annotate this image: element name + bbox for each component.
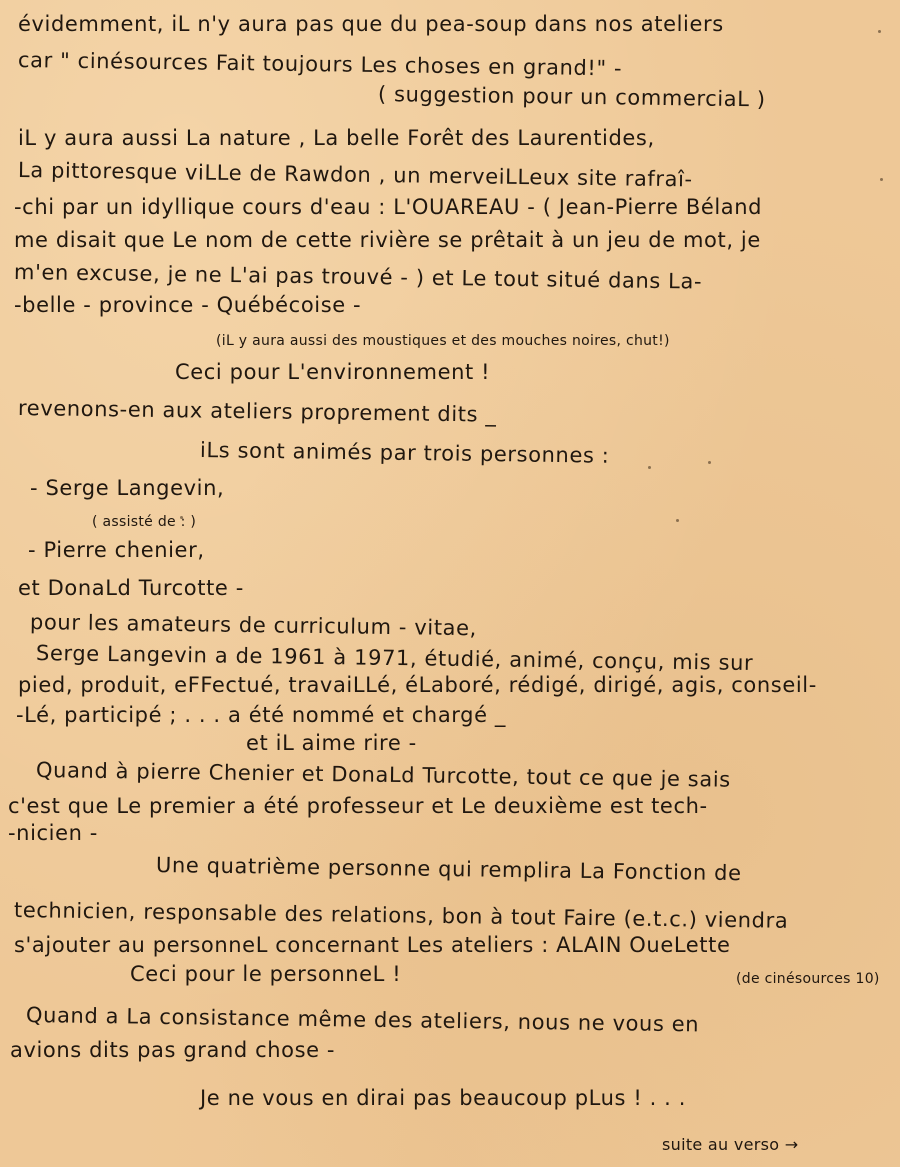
text-line-heading: Ceci pour le personneL ! — [130, 964, 401, 985]
text-line: avions dits pas grand chose - — [10, 1040, 335, 1061]
text-line-heading: iLs sont animés par trois personnes : — [200, 440, 610, 467]
paper-speck — [880, 178, 883, 181]
text-line: Une quatrième personne qui remplira La F… — [156, 855, 742, 884]
text-line: et iL aime rire - — [246, 733, 417, 754]
paper-speck — [708, 461, 711, 464]
text-line-closing: Je ne vous en dirai pas beaucoup pLus ! … — [200, 1088, 686, 1109]
paper-speck — [648, 466, 651, 469]
text-line: me disait que Le nom de cette rivière se… — [14, 230, 761, 251]
text-line: revenons-en aux ateliers proprement dits… — [18, 398, 497, 426]
text-line-heading: Ceci pour L'environnement ! — [175, 362, 490, 383]
paper-speck — [180, 516, 183, 519]
text-line-aside: ( suggestion pour un commerciaL ) — [378, 84, 766, 110]
text-line: m'en excuse, je ne L'ai pas trouvé - ) e… — [14, 262, 702, 293]
continue-on-back-note: suite au verso → — [662, 1137, 798, 1153]
text-line-aside: (iL y aura aussi des moustiques et des m… — [216, 334, 670, 348]
text-line: car " cinésources Fait toujours Les chos… — [18, 50, 622, 79]
text-line: -Lé, participé ; . . . a été nommé et ch… — [16, 705, 506, 726]
paper-speck — [878, 30, 881, 33]
text-line: Serge Langevin a de 1961 à 1971, étudié,… — [36, 643, 754, 674]
text-line: évidemment, iL n'y aura pas que du pea-s… — [18, 14, 724, 35]
text-line: La pittoresque viLLe de Rawdon , un merv… — [18, 160, 693, 190]
text-line: -nicien - — [8, 823, 98, 844]
text-line: iL y aura aussi La nature , La belle For… — [18, 128, 655, 149]
text-line: Quand a La consistance même des ateliers… — [26, 1005, 699, 1035]
text-line-aside: (de cinésources 10) — [736, 972, 880, 986]
text-line: c'est que Le premier a été professeur et… — [8, 796, 708, 817]
paper-speck — [676, 519, 679, 522]
text-line: technicien, responsable des relations, b… — [14, 900, 789, 932]
text-line: -belle - province - Québécoise - — [14, 295, 361, 316]
text-line: s'ajouter au personneL concernant Les at… — [14, 935, 730, 956]
handwritten-letter-page: évidemment, iL n'y aura pas que du pea-s… — [0, 0, 900, 1167]
text-line: -chi par un idyllique cours d'eau : L'OU… — [14, 197, 762, 218]
person-name: - Pierre chenier, — [28, 540, 205, 561]
person-name: - Serge Langevin, — [30, 478, 224, 499]
person-name: et DonaLd Turcotte - — [18, 578, 244, 599]
text-line: pied, produit, eFFectué, travaiLLé, éLab… — [18, 675, 817, 696]
text-line: Quand à pierre Chenier et DonaLd Turcott… — [36, 760, 731, 791]
text-line-heading: pour les amateurs de curriculum - vitae, — [30, 612, 477, 639]
